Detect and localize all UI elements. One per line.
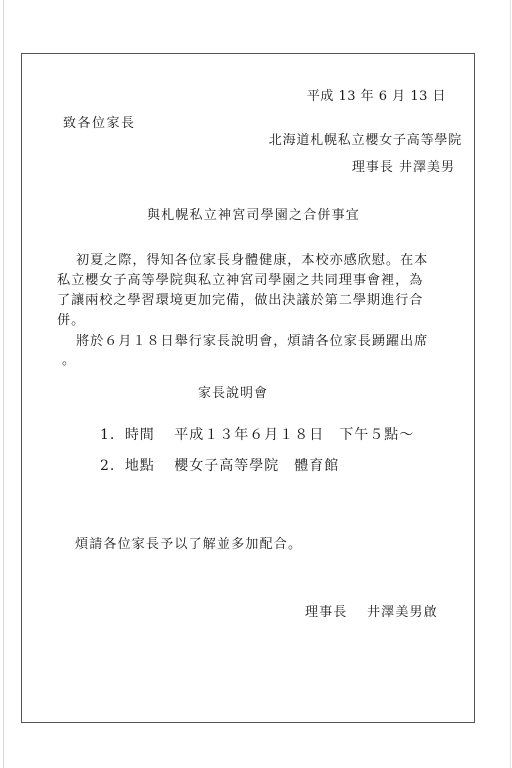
salutation: 致各位家長 bbox=[63, 116, 136, 132]
sender-chairman: 理事長 井澤美男 bbox=[352, 160, 455, 176]
item-label: 地點 bbox=[125, 457, 155, 475]
body-line: 私立櫻女子高等學院與私立神宮司學園之共同理事會裡，為 bbox=[57, 272, 423, 290]
letter-date: 平成 13 年 6 月 13 日 bbox=[307, 89, 446, 105]
item-number: 1. bbox=[100, 426, 115, 444]
letter-title: 與札幌私立神宮司學園之合併事宜 bbox=[147, 208, 360, 224]
closing-remark: 煩請各位家長予以了解並多加配合。 bbox=[75, 537, 302, 553]
item-value: 平成１３年６月１８日 下午５點～ bbox=[174, 427, 414, 443]
signature-role: 理事長 bbox=[305, 605, 348, 620]
body-line: 初夏之際，得知各位家長身體健康，本校亦感欣慰。在本 bbox=[76, 252, 428, 270]
body-line: 了讓兩校之學習環境更加完備，做出決議於第二學期進行合 bbox=[57, 292, 423, 310]
meeting-title: 家長說明會 bbox=[198, 386, 268, 402]
body-line: 將於６月１８日舉行家長說明會，煩請各位家長踴躍出席 bbox=[76, 333, 428, 351]
item-label: 時間 bbox=[125, 426, 155, 444]
page-edge-left bbox=[3, 0, 4, 768]
body-line: 。 bbox=[62, 352, 76, 370]
body-line: 併。 bbox=[57, 312, 85, 330]
page-edge-right bbox=[510, 0, 511, 768]
sender-school: 北海道札幌私立櫻女子高等學院 bbox=[269, 133, 462, 149]
meeting-item-time: 1. 時間 平成１３年６月１８日 下午５點～ bbox=[100, 426, 414, 444]
meeting-item-location: 2. 地點 櫻女子高等學院 體育館 bbox=[100, 457, 339, 475]
item-number: 2. bbox=[100, 457, 115, 475]
item-value: 櫻女子高等學院 體育館 bbox=[174, 458, 339, 474]
signature-name: 井澤美男啟 bbox=[367, 605, 438, 620]
signature: 理事長 井澤美男啟 bbox=[305, 605, 438, 621]
